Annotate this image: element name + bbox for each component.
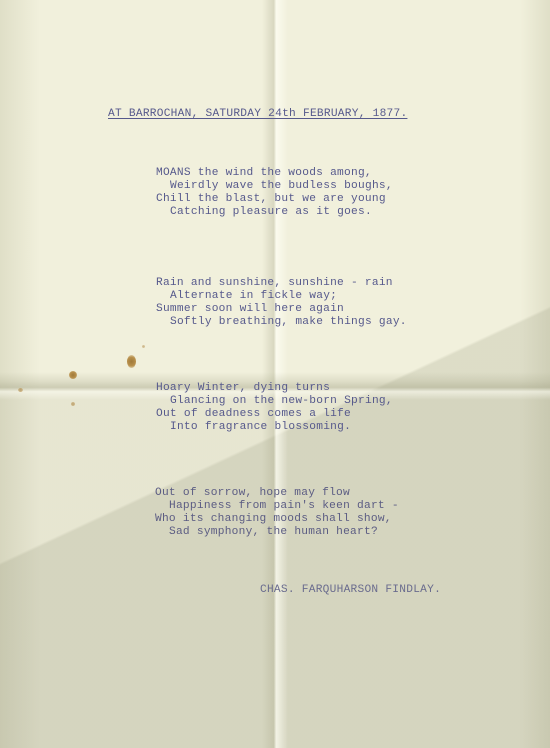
paper-edge-shadow-left xyxy=(0,0,40,748)
poem-line: Out of deadness comes a life xyxy=(156,408,393,421)
poem-heading: AT BARROCHAN, SATURDAY 24th FEBRUARY, 18… xyxy=(108,108,407,121)
poem-line: Softly breathing, make things gay. xyxy=(156,316,407,329)
stain-spot xyxy=(71,402,75,406)
poem-line: Into fragrance blossoming. xyxy=(156,421,393,434)
paper-edge-shadow-right xyxy=(520,0,550,748)
poem-line: Out of sorrow, hope may flow xyxy=(155,487,399,500)
stanza: Out of sorrow, hope may flow Happiness f… xyxy=(155,487,399,539)
poem-line: Who its changing moods shall show, xyxy=(155,513,399,526)
poem-line: Hoary Winter, dying turns xyxy=(156,382,393,395)
author-signature: CHAS. FARQUHARSON FINDLAY. xyxy=(260,584,441,597)
poem-line: Summer soon will here again xyxy=(156,303,407,316)
poem-line: Rain and sunshine, sunshine - rain xyxy=(156,277,407,290)
poem-line: Happiness from pain's keen dart - xyxy=(155,500,399,513)
stanza: Hoary Winter, dying turns Glancing on th… xyxy=(156,382,393,434)
stain-spot xyxy=(142,345,145,348)
stanza: MOANS the wind the woods among, Weirdly … xyxy=(156,167,393,219)
stanza: Rain and sunshine, sunshine - rain Alter… xyxy=(156,277,407,329)
poem-line: Weirdly wave the budless boughs, xyxy=(156,180,393,193)
poem-line: Glancing on the new-born Spring, xyxy=(156,395,393,408)
poem-line: Alternate in fickle way; xyxy=(156,290,407,303)
poem-line: Catching pleasure as it goes. xyxy=(156,206,393,219)
poem-line: Chill the blast, but we are young xyxy=(156,193,393,206)
stain-spot xyxy=(18,388,23,392)
typewritten-page: AT BARROCHAN, SATURDAY 24th FEBRUARY, 18… xyxy=(0,0,550,748)
poem-line: MOANS the wind the woods among, xyxy=(156,167,393,180)
stain-spot xyxy=(69,371,77,379)
poem-line: Sad symphony, the human heart? xyxy=(155,526,399,539)
stain-spot xyxy=(127,355,136,368)
